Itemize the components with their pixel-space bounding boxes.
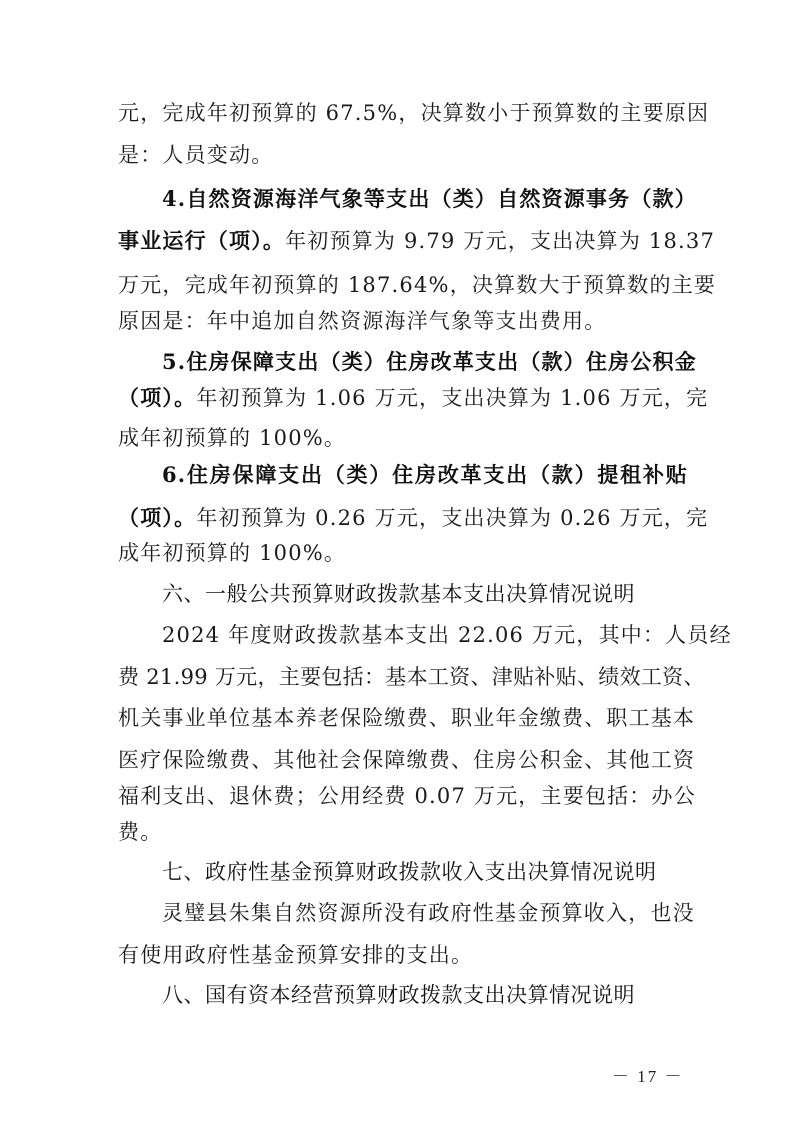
section-8-heading: 八、国有资本经营预算财政拨款支出决算情况说明 bbox=[162, 981, 688, 1009]
paragraph-line: 机关事业单位基本养老保险缴费、职业年金缴费、职工基本 bbox=[118, 704, 688, 732]
item-5-bold-label: （项）。 bbox=[118, 385, 196, 410]
paragraph-line: 费 21.99 万元，主要包括：基本工资、津贴补贴、绩效工资、 bbox=[118, 663, 688, 691]
paragraph-line: 2024 年度财政拨款基本支出 22.06 万元，其中：人员经 bbox=[162, 621, 688, 649]
paragraph-line: 成年初预算的 100%。 bbox=[118, 539, 688, 567]
item-5-text: 年初预算为 1.06 万元，支出决算为 1.06 万元，完 bbox=[196, 386, 708, 410]
paragraph-line: 福利支出、退休费；公用经费 0.07 万元，主要包括：办公 bbox=[118, 782, 688, 810]
item-6-bold-label: （项）。 bbox=[118, 505, 196, 530]
item-6-heading: 6.住房保障支出（类）住房改革支出（款）提租补贴 bbox=[162, 461, 688, 489]
paragraph-line: 有使用政府性基金预算安排的支出。 bbox=[118, 941, 688, 969]
paragraph-line: 医疗保险缴费、其他社会保障缴费、住房公积金、其他工资 bbox=[118, 746, 688, 774]
document-page: 元，完成年初预算的 67.5%，决算数小于预算数的主要原因 是：人员变动。 4.… bbox=[0, 0, 793, 1122]
item-4-heading: 4.自然资源海洋气象等支出（类）自然资源事务（款） bbox=[162, 185, 688, 213]
item-6-line: （项）。年初预算为 0.26 万元，支出决算为 0.26 万元，完 bbox=[118, 504, 688, 532]
paragraph-line: 元，完成年初预算的 67.5%，决算数小于预算数的主要原因 bbox=[118, 99, 688, 127]
paragraph-line: 原因是：年中追加自然资源海洋气象等支出费用。 bbox=[118, 307, 688, 335]
paragraph-line: 万元，完成年初预算的 187.64%，决算数大于预算数的主要 bbox=[118, 271, 688, 299]
paragraph-line: 灵璧县朱集自然资源所没有政府性基金预算收入，也没 bbox=[162, 899, 688, 927]
item-4-line: 事业运行（项）。年初预算为 9.79 万元，支出决算为 18.37 bbox=[118, 227, 688, 255]
paragraph-line: 费。 bbox=[118, 818, 688, 846]
item-5-line: （项）。年初预算为 1.06 万元，支出决算为 1.06 万元，完 bbox=[118, 384, 688, 412]
section-7-heading: 七、政府性基金预算财政拨款收入支出决算情况说明 bbox=[162, 858, 688, 886]
paragraph-line: 成年初预算的 100%。 bbox=[118, 424, 688, 452]
item-6-text: 年初预算为 0.26 万元，支出决算为 0.26 万元，完 bbox=[196, 506, 708, 530]
page-number: － 17 － bbox=[612, 1062, 684, 1087]
section-6-heading: 六、一般公共预算财政拨款基本支出决算情况说明 bbox=[162, 580, 688, 608]
item-5-heading: 5.住房保障支出（类）住房改革支出（款）住房公积金 bbox=[162, 348, 688, 376]
paragraph-line: 是：人员变动。 bbox=[118, 141, 688, 169]
item-4-text: 年初预算为 9.79 万元，支出决算为 18.37 bbox=[285, 229, 715, 253]
item-4-bold-label: 事业运行（项）。 bbox=[118, 228, 285, 253]
